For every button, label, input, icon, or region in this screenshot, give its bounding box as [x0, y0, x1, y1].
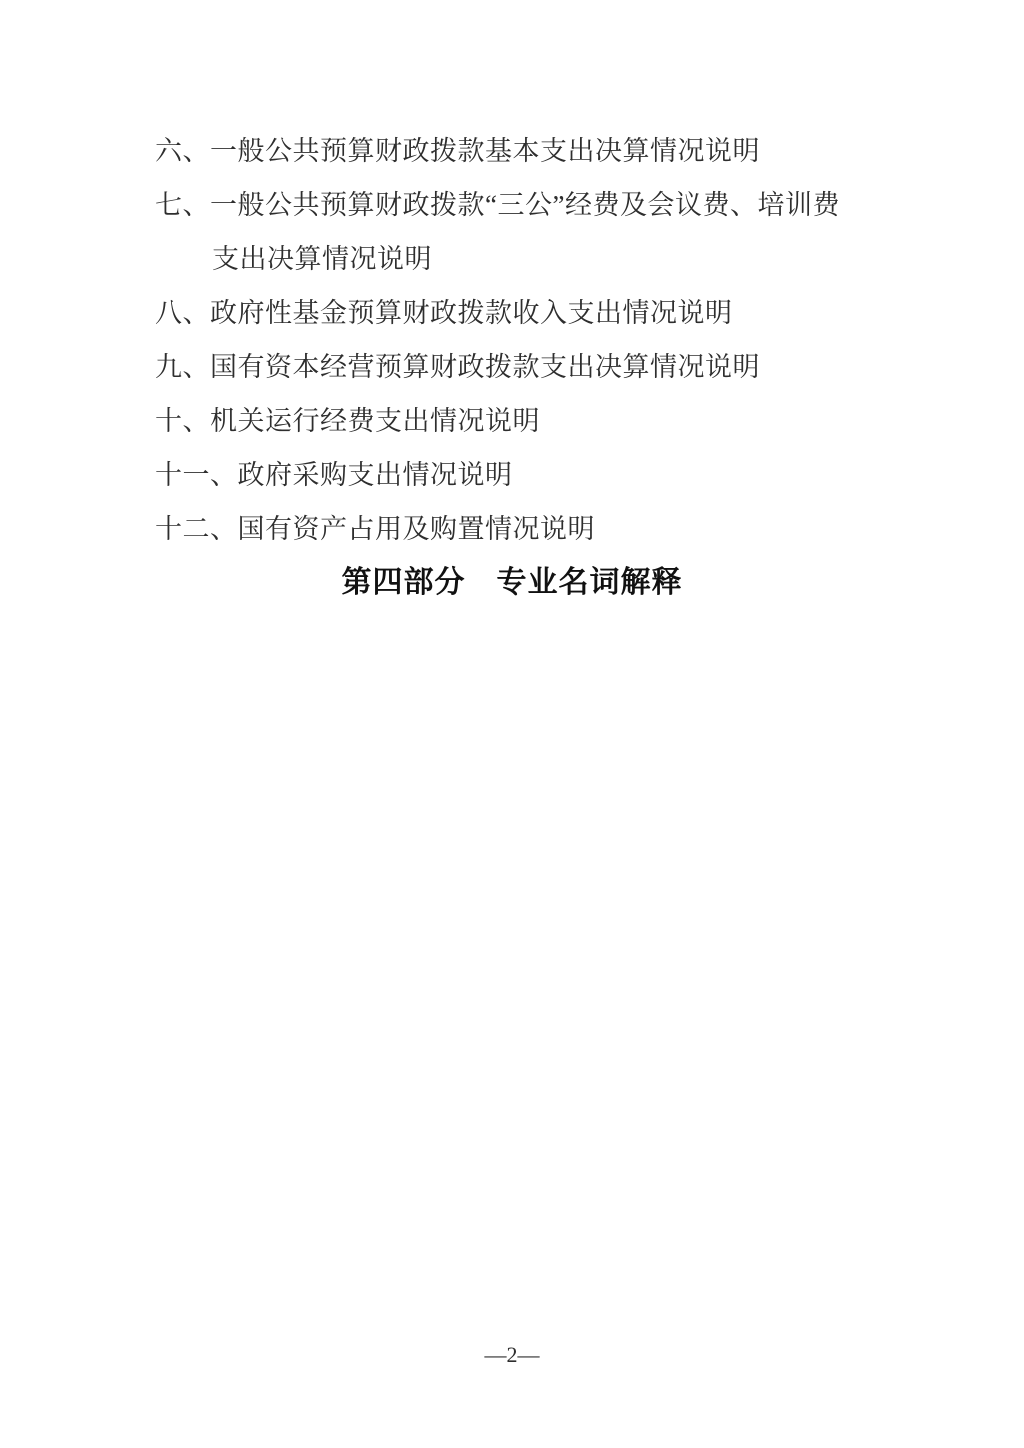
toc-item-6: 六、一般公共预算财政拨款基本支出决算情况说明	[155, 124, 895, 178]
section-heading: 第四部分 专业名词解释	[0, 556, 1024, 610]
toc-item-10: 十、机关运行经费支出情况说明	[155, 394, 895, 448]
toc-item-7-continuation: 支出决算情况说明	[155, 232, 895, 286]
page-number: —2—	[0, 1340, 1024, 1370]
toc-item-8: 八、政府性基金预算财政拨款收入支出情况说明	[155, 286, 895, 340]
toc-item-9: 九、国有资本经营预算财政拨款支出决算情况说明	[155, 340, 895, 394]
document-page: 六、一般公共预算财政拨款基本支出决算情况说明 七、一般公共预算财政拨款“三公”经…	[0, 0, 1024, 1448]
toc-item-7: 七、一般公共预算财政拨款“三公”经费及会议费、培训费	[155, 178, 895, 232]
table-of-contents: 六、一般公共预算财政拨款基本支出决算情况说明 七、一般公共预算财政拨款“三公”经…	[155, 124, 895, 610]
toc-item-12: 十二、国有资产占用及购置情况说明	[155, 502, 895, 556]
toc-item-11: 十一、政府采购支出情况说明	[155, 448, 895, 502]
